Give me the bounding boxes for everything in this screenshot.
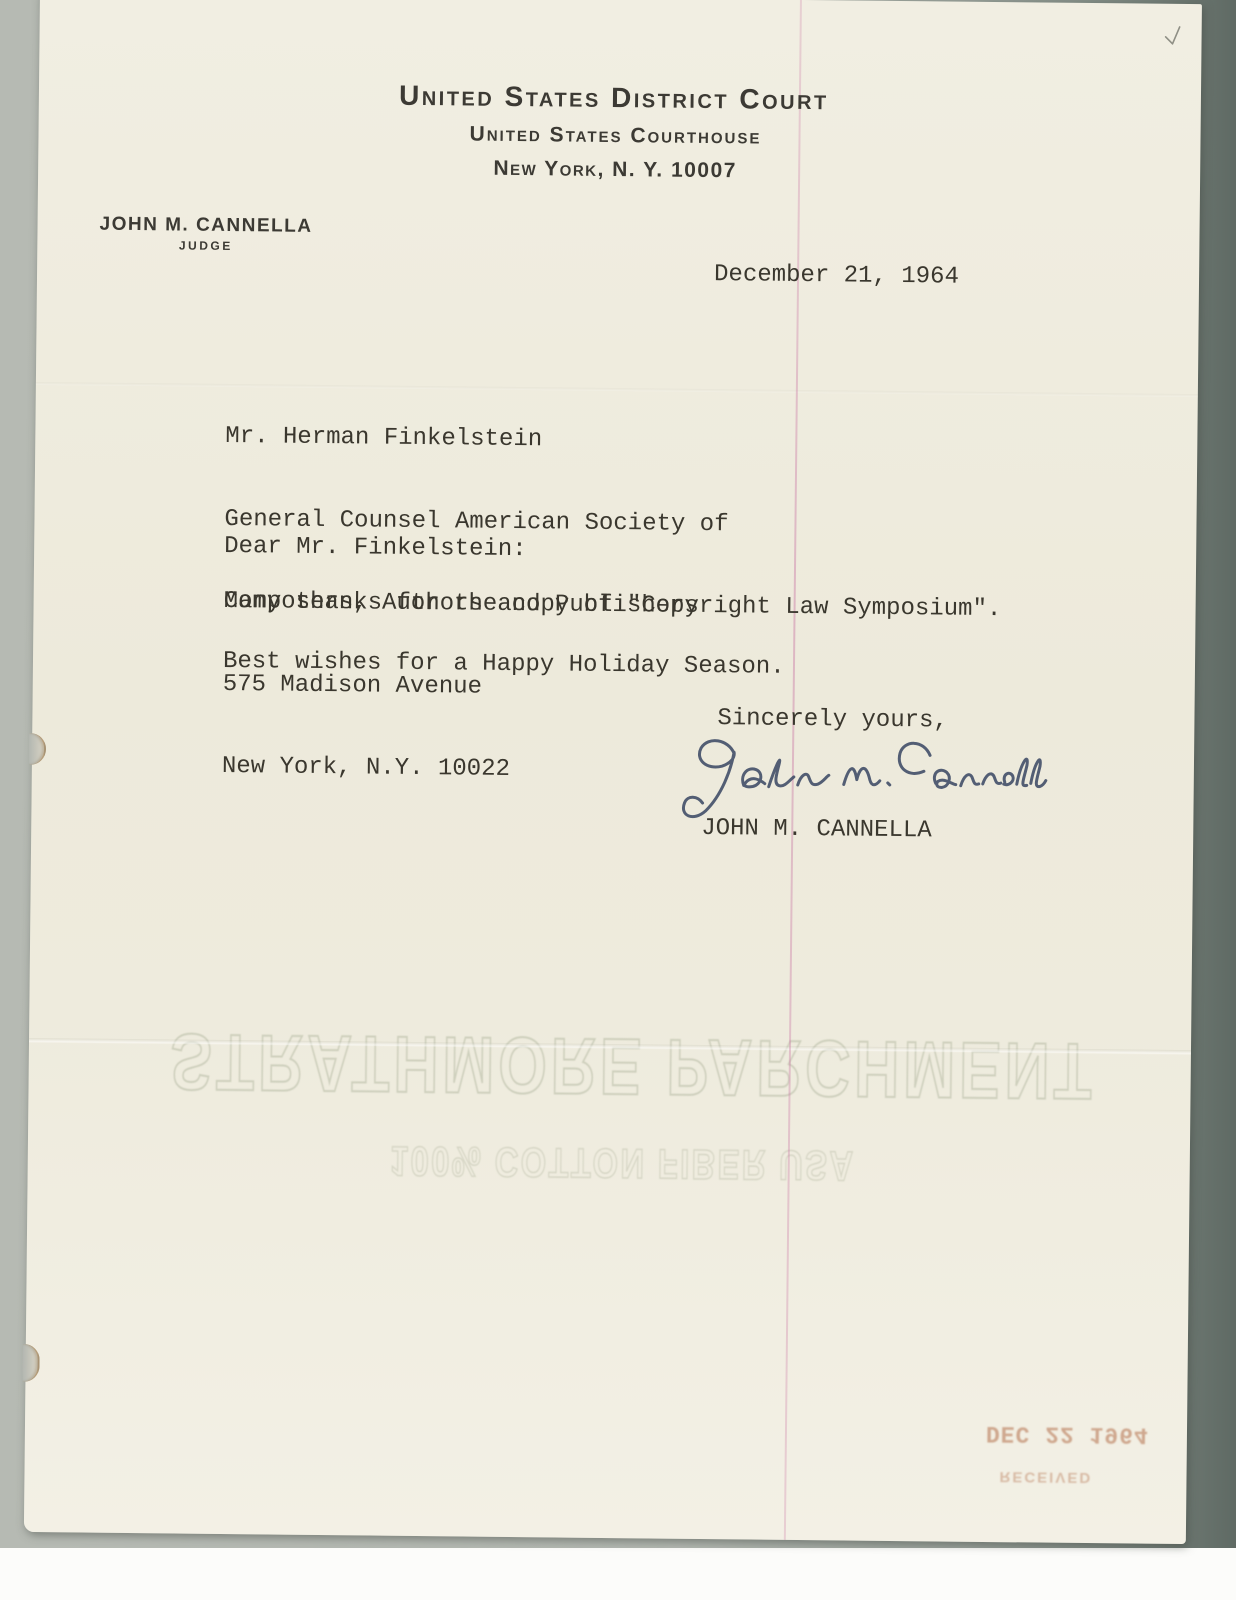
torn-notch-upper bbox=[29, 733, 46, 765]
pencil-check-mark bbox=[1161, 24, 1187, 50]
recipient-line: New York, N.Y. 10022 bbox=[222, 753, 726, 786]
letter-sheet: STRATHMORE PARCHMENT 100% COTTON FIBER U… bbox=[24, 0, 1202, 1544]
sender-title: JUDGE bbox=[99, 238, 312, 254]
watermark-line1: STRATHMORE PARCHMENT bbox=[170, 1019, 1077, 1112]
salutation: Dear Mr. Finkelstein: bbox=[224, 533, 527, 564]
body-paragraph-2: Best wishes for a Happy Holiday Season. bbox=[223, 648, 785, 681]
typed-signature-name: JOHN M. CANNELLA bbox=[701, 815, 932, 845]
torn-notch-lower bbox=[22, 1344, 39, 1382]
sender-name: JOHN M. CANNELLA bbox=[99, 214, 312, 238]
letterhead-court-name: United States District Court bbox=[33, 76, 1195, 120]
sender-block: JOHN M. CANNELLA JUDGE bbox=[99, 214, 312, 254]
received-stamp-date: DEC 22 1964 bbox=[986, 1420, 1149, 1448]
scan-margin bbox=[0, 1548, 1236, 1600]
watermark-line2: 100% COTTON FIBER USA bbox=[169, 1135, 1076, 1190]
received-stamp-label: RECEIVED bbox=[999, 1468, 1092, 1486]
recipient-line: Mr. Herman Finkelstein bbox=[225, 423, 729, 456]
letter-date: December 21, 1964 bbox=[714, 261, 959, 291]
letterhead-courthouse: United States Courthouse bbox=[34, 118, 1196, 154]
letterhead-city-zip: New York, N. Y. 10007 bbox=[34, 152, 1196, 188]
